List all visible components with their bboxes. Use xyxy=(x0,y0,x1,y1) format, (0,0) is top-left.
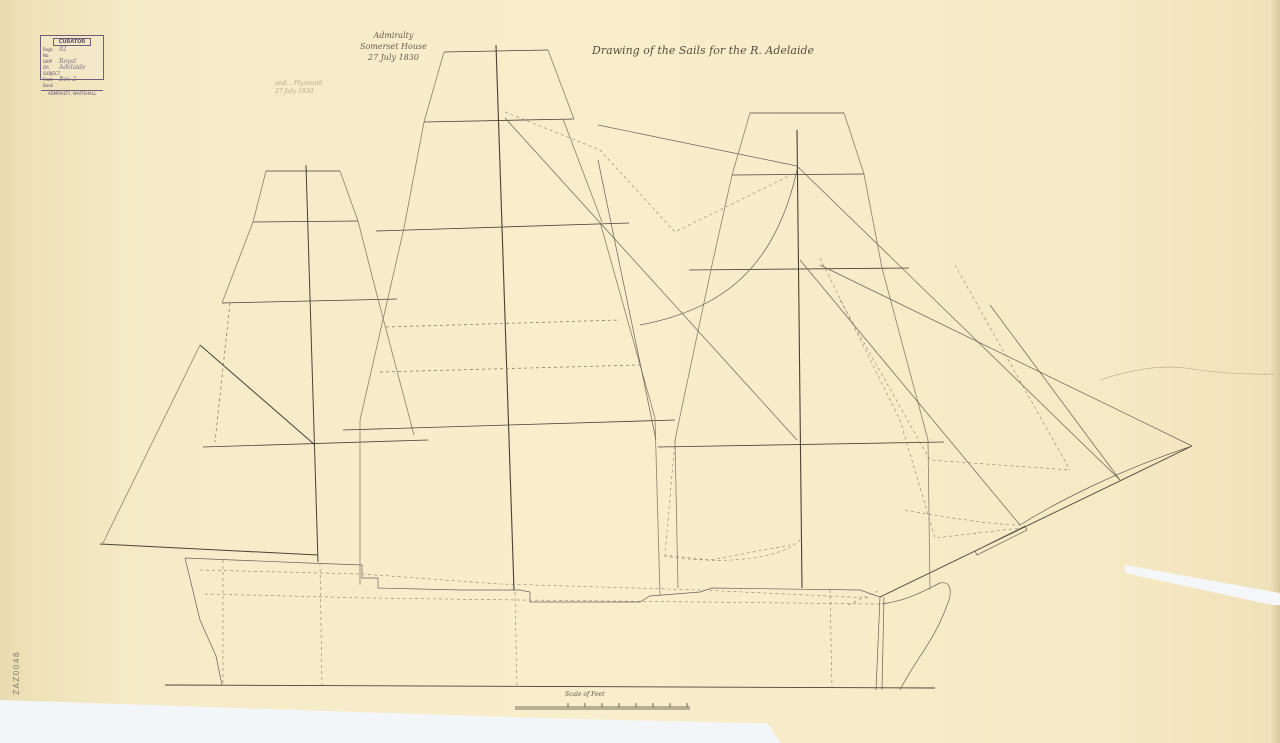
hull xyxy=(185,446,1192,690)
reference-code: ZAZ0048 xyxy=(12,651,21,695)
curator-stamp: CURATOR Regt. No. 92 SHIP OR SUBJECT Roy… xyxy=(40,35,104,80)
marginal-note: and... Plymouth 27 July 1830 xyxy=(275,80,323,96)
scale-label: Scale of Feet xyxy=(565,691,605,698)
fore-mast xyxy=(658,113,944,590)
stamp-row: From Book Box 2 xyxy=(41,77,103,89)
mizzen-mast xyxy=(100,165,428,562)
sail-plan-drawing xyxy=(0,0,1280,743)
stamp-header: CURATOR xyxy=(53,38,91,46)
drawing-title: Drawing of the Sails for the R. Adelaide xyxy=(592,44,814,57)
office-annotation: Admiralty Somerset House 27 July 1830 xyxy=(360,30,427,63)
stamp-footer: ADMIRALTY, WHITEHALL xyxy=(41,90,103,96)
dashed-sail-outlines xyxy=(505,112,1070,560)
jibboom-cap xyxy=(975,526,1027,555)
stamp-row: SHIP OR SUBJECT Royal Adelaide xyxy=(41,59,103,77)
scale-bar xyxy=(515,703,690,709)
staysails-and-jibs xyxy=(505,118,1192,525)
keel-baseline xyxy=(165,685,935,688)
main-mast xyxy=(343,45,675,595)
paper-crease xyxy=(1100,367,1275,380)
